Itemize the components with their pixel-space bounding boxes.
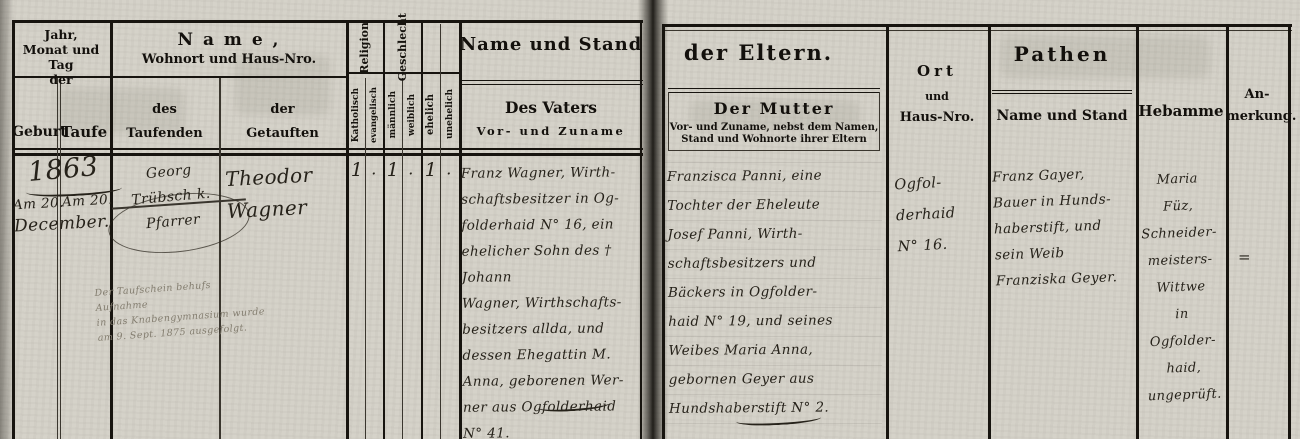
col-header-des-vaters: Des Vaters <box>459 98 643 117</box>
col-header-maennlich: männlich <box>383 79 402 151</box>
table-rule-h <box>992 90 1132 91</box>
table-rule-h <box>662 24 1292 27</box>
col-header-religion: Religion <box>346 22 383 74</box>
col-header-hebamme: Hebamme <box>1136 102 1226 120</box>
entry-month: December. <box>14 212 111 237</box>
col-header-taufe: Taufe <box>58 123 110 141</box>
table-rule-v <box>988 24 991 439</box>
col-header-geburt: Geburt <box>12 124 57 140</box>
entry-mark-ehelich: 1 <box>424 159 438 181</box>
table-rule-v <box>662 24 665 439</box>
table-rule-h <box>12 20 643 23</box>
entry-baptized-name: Theodor Wagner <box>224 157 347 227</box>
entry-baptism-date: Am 20. <box>62 192 113 211</box>
entry-remark-mark: = <box>1238 248 1251 266</box>
table-rule-h <box>662 30 1292 31</box>
col-header-vor-und-zuname: Vor- und Zuname <box>459 124 643 138</box>
col-header-ort: Ort <box>886 62 988 80</box>
col-header-geschlecht: Geschlecht <box>383 21 421 73</box>
col-header-maennlich-label: männlich <box>388 91 398 138</box>
col-header-name-und-stand: Name und Stand <box>459 34 643 55</box>
entry-mark-weiblich: · <box>404 164 418 183</box>
col-header-katholisch: Katholisch <box>346 79 365 151</box>
col-header-ort-hausnro: Haus-Nro. <box>886 110 988 125</box>
table-rule-h <box>459 80 643 81</box>
entry-midwife-text: Maria Füz, Schneider- meisters- Wittwe i… <box>1134 165 1228 411</box>
col-header-der-getauften: der Getauften <box>219 98 346 146</box>
col-header-name-line1: N a m e , <box>112 30 346 50</box>
col-header-ehelich-label: ehelich <box>425 94 436 135</box>
col-header-unehelich-label: unehelich <box>445 89 455 139</box>
table-rule-h <box>12 153 643 156</box>
col-header-katholisch-label: Katholisch <box>351 88 361 142</box>
col-header-pathen: Pathen <box>988 42 1136 66</box>
entry-mark-evangelisch: · <box>367 164 381 183</box>
col-header-geschlecht-label: Geschlecht <box>396 13 409 81</box>
entry-pencil-note: Der Taufschein behufs Aufnahme in das Kn… <box>94 274 268 346</box>
table-rule-v <box>886 24 889 439</box>
col-header-date-group: Jahr, Monat und Tag der <box>12 27 110 87</box>
entry-godparents-text: Franz Gayer, Bauer in Hunds- haberstift,… <box>992 160 1136 295</box>
col-header-ort-und: und <box>886 90 988 103</box>
entry-mark-maennlich: 1 <box>386 159 400 181</box>
table-rule-h <box>668 150 880 151</box>
col-header-religion-label: Religion <box>358 22 371 74</box>
col-header-anmerkung: An- merkung. <box>1226 84 1288 128</box>
col-header-weiblich: weiblich <box>402 79 421 151</box>
entry-mother-text: Franzisca Panni, eine Tochter der Eheleu… <box>667 161 883 424</box>
col-header-name-line2: Wohnort und Haus-Nro. <box>112 52 346 67</box>
table-rule-h <box>12 148 643 150</box>
col-header-weiblich-label: weiblich <box>407 94 417 136</box>
col-header-des-taufenden: des Taufenden <box>110 98 219 146</box>
entry-birth-date: Am 20. <box>13 195 64 214</box>
col-header-unehelich: unehelich <box>440 76 459 152</box>
entry-mark-katholisch: 1 <box>350 159 364 181</box>
col-header-der-mutter: Der Mutter <box>668 99 880 118</box>
col-header-evangelisch-label: evangelisch <box>369 87 379 143</box>
col-header-ehelich: ehelich <box>421 76 440 152</box>
col-header-der-eltern: der Eltern. <box>684 40 904 65</box>
col-header-mutter-sub: Vor- und Zuname, nebst dem Namen, Stand … <box>668 122 880 146</box>
scanned-baptism-register: Jahr, Monat und Tag der Geburt Taufe N a… <box>0 0 1300 439</box>
table-rule-h <box>459 84 643 85</box>
entry-year: 1863 <box>27 151 100 188</box>
entry-mark-unehelich: · <box>442 164 456 183</box>
table-rule-h <box>668 92 880 93</box>
table-rule-h <box>668 88 880 89</box>
table-rule-h <box>992 93 1132 94</box>
col-header-pathen-sub: Name und Stand <box>988 108 1136 124</box>
col-header-evangelisch: evangelisch <box>365 79 383 151</box>
entry-father-text: Franz Wagner, Wirth- schaftsbesitzer in … <box>461 159 643 439</box>
entry-place-text: Ogfol- derhaid N° 16. <box>894 166 989 264</box>
table-rule-v <box>1288 24 1291 439</box>
